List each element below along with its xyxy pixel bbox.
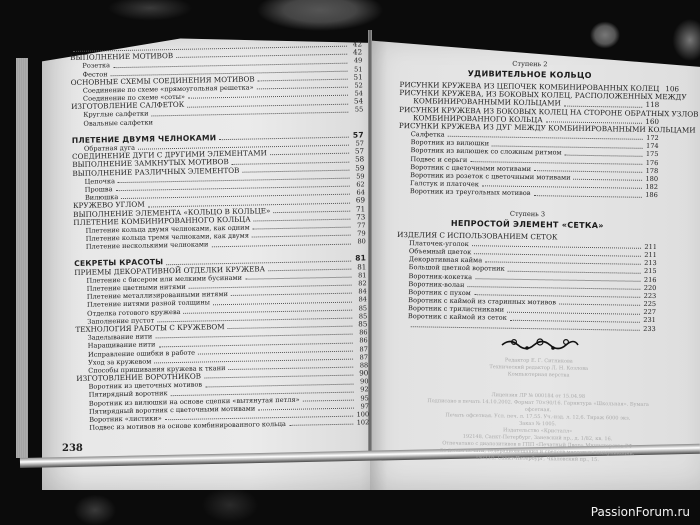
- toc-entry-title: Овальные салфетки: [83, 118, 153, 128]
- toc-page-number: 52: [351, 81, 363, 89]
- toc-page-number: 54: [351, 98, 363, 106]
- toc-page-number: 225: [643, 300, 656, 308]
- toc-page-number: 174: [646, 142, 659, 150]
- toc-page-number: 223: [644, 292, 657, 300]
- left-table-of-contents: 42Выполнение мотивов42Розетка49Фестон51О…: [70, 40, 369, 432]
- toc-page-number: 86: [356, 337, 368, 345]
- dot-leader: [270, 153, 349, 156]
- toc-page-number: 172: [646, 134, 659, 142]
- toc-page-number: 86: [355, 329, 367, 337]
- dot-leader: [273, 210, 350, 212]
- toc-page-number: 62: [353, 180, 365, 188]
- toc-page-number: 84: [355, 288, 367, 296]
- toc-page-number: 59: [352, 164, 364, 172]
- toc-page-number: 231: [643, 316, 656, 324]
- toc-page-number: 220: [644, 284, 657, 292]
- toc-page-number: 186: [645, 191, 658, 199]
- dot-leader: [268, 269, 351, 272]
- toc-page-number: 81: [354, 263, 366, 271]
- toc-page-number: 233: [643, 325, 656, 333]
- toc-page-number: 216: [644, 275, 657, 283]
- dot-leader: [565, 154, 643, 156]
- dot-leader: [289, 424, 354, 426]
- toc-page-number: 80: [354, 238, 366, 246]
- toc-page-number: 59: [352, 172, 364, 180]
- dot-leader: [559, 304, 641, 306]
- toc-page-number: 82: [355, 279, 367, 287]
- right-table-of-contents: Ступень 2УДИВИТЕЛЬНОЕ КОЛЬЦОРисунки круж…: [396, 56, 660, 333]
- toc-page-number: 84: [355, 296, 367, 304]
- toc-page-number: 211: [644, 251, 657, 259]
- toc-page-number: 85: [355, 304, 367, 312]
- dot-leader: [574, 179, 643, 181]
- toc-page-number: 90: [356, 378, 368, 386]
- toc-page-number: 85: [355, 320, 367, 328]
- toc-page-number: 81: [354, 271, 366, 279]
- toc-page-number: 102: [357, 419, 370, 427]
- toc-page-number: 73: [353, 213, 365, 221]
- toc-page-number: 95: [357, 394, 369, 402]
- toc-page-number: 77: [353, 221, 365, 229]
- toc-page-number: 42: [350, 49, 362, 57]
- toc-page-number: 178: [646, 167, 659, 175]
- toc-page-number: 215: [644, 267, 657, 275]
- toc-page-number: 57: [352, 131, 364, 139]
- section-title: УДИВИТЕЛЬНОЕ КОЛЬЦО: [400, 68, 660, 81]
- toc-page-number: 79: [354, 229, 366, 237]
- toc-entry-title: Воротник с каймой из сеток: [408, 313, 507, 323]
- toc-page-number: 175: [646, 150, 659, 158]
- toc-page-number: 182: [645, 183, 658, 191]
- toc-page-number: 49: [350, 57, 362, 65]
- toc-page-number: 90: [356, 369, 368, 377]
- toc-page-number: 180: [645, 175, 658, 183]
- toc-page-number: 51: [351, 73, 363, 81]
- toc-page-number: 92: [357, 386, 369, 394]
- watermark: PassionForum.ru: [591, 505, 690, 519]
- publisher-imprint: Редактор Е. Г. СитниковаТехнический реда…: [417, 356, 659, 465]
- page-number: 238: [62, 443, 83, 454]
- section-title: НЕПРОСТОЙ ЭЛЕМЕНТ «СЕТКА»: [397, 218, 657, 231]
- toc-page-number: 100: [356, 410, 369, 418]
- toc-page-number: 87: [356, 345, 368, 353]
- dot-leader: [303, 399, 354, 401]
- toc-page-number: 211: [644, 243, 657, 251]
- toc-page-number: 55: [351, 106, 363, 114]
- toc-page-number: 97: [357, 402, 369, 410]
- ornament-divider-icon: [500, 338, 580, 352]
- toc-page-number: 176: [646, 159, 659, 167]
- toc-page-number: 213: [644, 259, 657, 267]
- toc-page-number: 87: [356, 353, 368, 361]
- toc-page-number: 227: [643, 308, 656, 316]
